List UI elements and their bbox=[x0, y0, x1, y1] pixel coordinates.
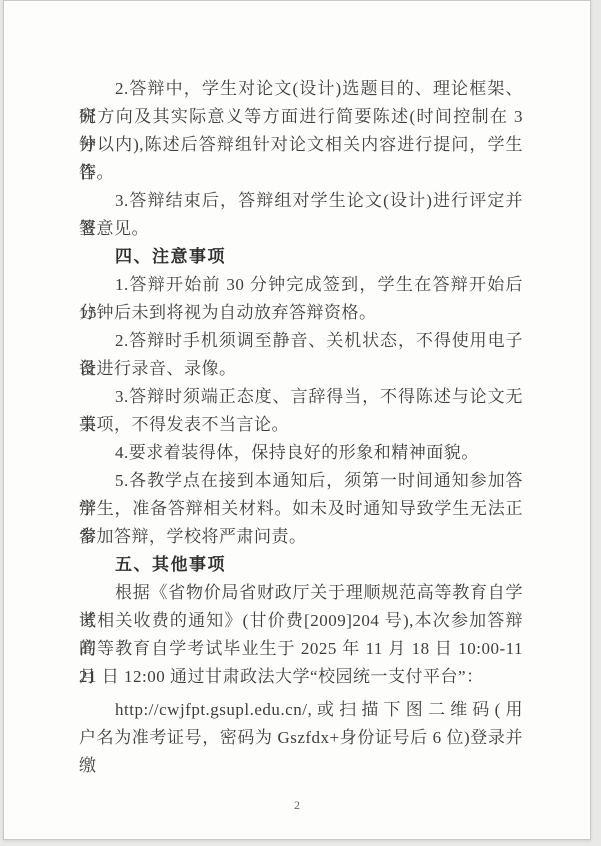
text-line: 事项，不得发表不当言论。 bbox=[79, 411, 523, 439]
text-line: 3.答辩结束后，答辩组对学生论文(设计)进行评定并签 bbox=[79, 187, 523, 215]
text-line: 答。 bbox=[79, 159, 523, 187]
page-number: 2 bbox=[4, 798, 590, 813]
scanned-document-page: 2.答辩中，学生对论文(设计)选题目的、理论框架、研 究方向及其实际意义等方面进… bbox=[3, 0, 591, 840]
text-line: 参加答辩，学校将严肃问责。 bbox=[79, 523, 523, 551]
section-heading-other: 五、其他事项 bbox=[79, 551, 523, 579]
text-line: 2.答辩时手机须调至静音、关机状态，不得使用电子设 bbox=[79, 327, 523, 355]
text-line: 高等教育自学考试毕业生于 2025 年 11 月 18 日 10:00-11 月 bbox=[79, 635, 523, 663]
text-line: 署意见。 bbox=[79, 215, 523, 243]
text-line: 试相关收费的通知》(甘价费[2009]204 号),本次参加答辩的 bbox=[79, 607, 523, 635]
text-line: 户名为准考证号，密码为 Gszfdx+身份证号后 6 位)登录并缴 bbox=[79, 724, 523, 752]
text-line: 21 日 12:00 通过甘肃政法大学“校园统一支付平台”： bbox=[79, 663, 523, 691]
text-line: 备进行录音、录像。 bbox=[79, 355, 523, 383]
section-heading-notes: 四、注意事项 bbox=[79, 243, 523, 271]
text-line: 分钟后未到将视为自动放弃答辩资格。 bbox=[79, 299, 523, 327]
text-line: 2.答辩中，学生对论文(设计)选题目的、理论框架、研 bbox=[79, 75, 523, 103]
text-line: 4.要求着装得体，保持良好的形象和精神面貌。 bbox=[79, 439, 523, 467]
text-line: 3.答辩时须端正态度、言辞得当，不得陈述与论文无关 bbox=[79, 383, 523, 411]
text-line-payment-url: http://cwjfpt.gsupl.edu.cn/,或扫描下图二维码(用 bbox=[79, 696, 523, 724]
text-line: 究方向及其实际意义等方面进行简要陈述(时间控制在 3 分 bbox=[79, 103, 523, 131]
text-line: 钟以内),陈述后答辩组针对论文相关内容进行提问，学生作 bbox=[79, 131, 523, 159]
text-line: 根据《省物价局省财政厅关于理顺规范高等教育自学考 bbox=[79, 579, 523, 607]
text-line: 学生，准备答辩相关材料。如未及时通知导致学生无法正常 bbox=[79, 495, 523, 523]
text-line: 5.各教学点在接到本通知后，须第一时间通知参加答辩 bbox=[79, 467, 523, 495]
text-line: 1.答辩开始前 30 分钟完成签到，学生在答辩开始后 15 bbox=[79, 271, 523, 299]
document-body: 2.答辩中，学生对论文(设计)选题目的、理论框架、研 究方向及其实际意义等方面进… bbox=[79, 75, 523, 752]
